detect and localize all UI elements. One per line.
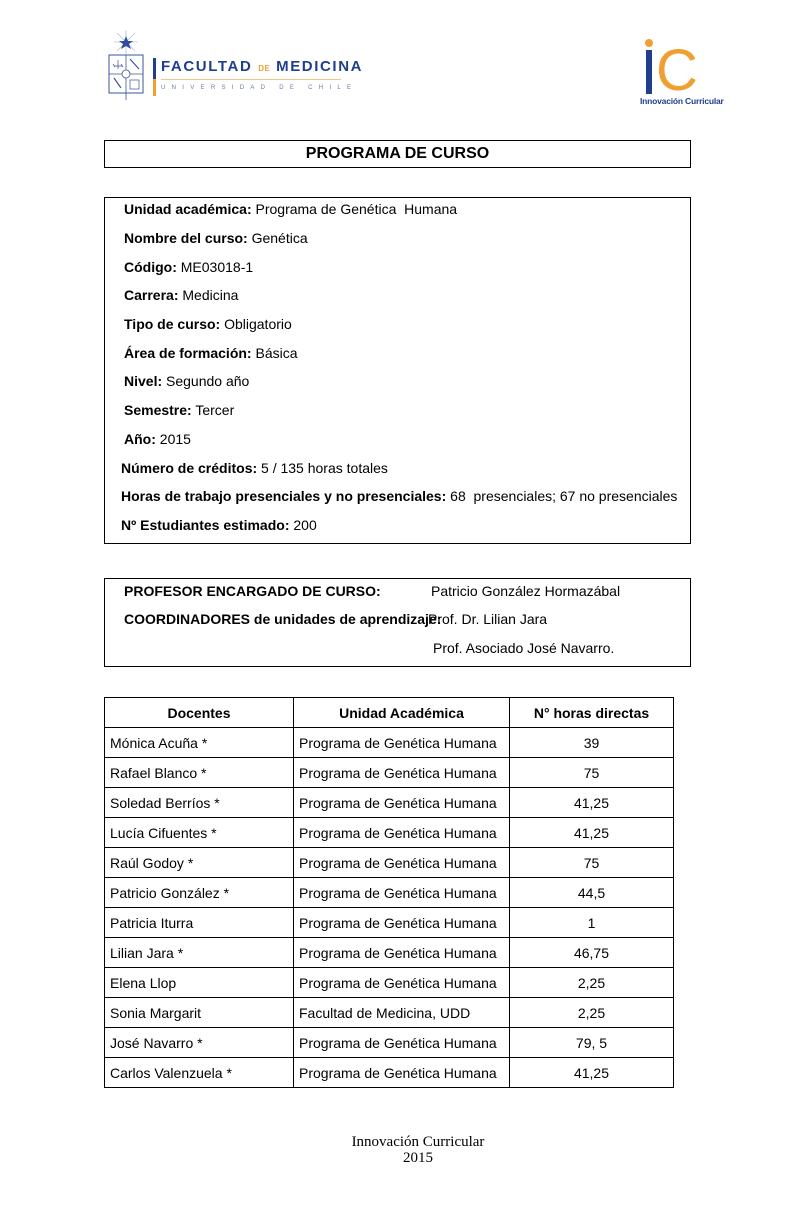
table-row: Sonia MargaritFacultad de Medicina, UDD2… [105,998,674,1028]
cell-docente: Sonia Margarit [105,998,294,1028]
info-semestre: Semestre: Tercer [124,402,234,418]
university-name: UNIVERSIDAD DE CHILE [161,85,357,91]
cell-horas: 2,25 [510,968,674,998]
table-row: José Navarro *Programa de Genética Human… [105,1028,674,1058]
info-codigo: Código: ME03018-1 [124,259,253,275]
cell-unidad: Programa de Genética Humana [294,938,510,968]
cell-docente: Rafael Blanco * [105,758,294,788]
cell-unidad: Programa de Genética Humana [294,728,510,758]
table-header-row: Docentes Unidad Académica N° horas direc… [105,698,674,728]
info-horas-trabajo: Horas de trabajo presenciales y no prese… [121,488,677,504]
cell-horas: 41,25 [510,818,674,848]
table-row: Elena LlopPrograma de Genética Humana2,2… [105,968,674,998]
footer-line-1: Innovación Curricular [0,1134,800,1150]
university-crest-icon [106,28,146,102]
profesor-encargado-value: Patricio González Hormazábal [431,583,620,599]
cell-docente: Carlos Valenzuela * [105,1058,294,1088]
cell-unidad: Programa de Genética Humana [294,1058,510,1088]
cell-unidad: Programa de Genética Humana [294,848,510,878]
info-carrera: Carrera: Medicina [124,287,238,303]
cell-docente: Lilian Jara * [105,938,294,968]
info-estudiantes: Nº Estudiantes estimado: 200 [121,517,317,533]
cell-unidad: Facultad de Medicina, UDD [294,998,510,1028]
coordinador-2: Prof. Asociado José Navarro. [433,640,614,656]
cell-docente: José Navarro * [105,1028,294,1058]
course-info-box: Unidad académica: Programa de Genética H… [104,197,691,544]
table-row: Lucía Cifuentes *Programa de Genética Hu… [105,818,674,848]
coordinador-1: Prof. Dr. Lilian Jara [428,611,547,627]
cell-horas: 1 [510,908,674,938]
cell-docente: Lucía Cifuentes * [105,818,294,848]
table-row: Lilian Jara *Programa de Genética Humana… [105,938,674,968]
column-header-horas: N° horas directas [510,698,674,728]
cell-unidad: Programa de Genética Humana [294,908,510,938]
cell-docente: Soledad Berríos * [105,788,294,818]
ic-logo-label: Innovación Curricular [640,96,724,106]
cell-docente: Elena Llop [105,968,294,998]
innovacion-curricular-logo: C Innovación Curricular [632,36,724,106]
cell-horas: 79, 5 [510,1028,674,1058]
teachers-table: Docentes Unidad Académica N° horas direc… [104,697,674,1088]
cell-docente: Mónica Acuña * [105,728,294,758]
info-anio: Año: 2015 [124,431,191,447]
cell-horas: 75 [510,758,674,788]
cell-unidad: Programa de Genética Humana [294,818,510,848]
coordinadores-label: COORDINADORES de unidades de aprendizaje… [124,611,441,627]
table-row: Patricio González *Programa de Genética … [105,878,674,908]
cell-horas: 2,25 [510,998,674,1028]
cell-unidad: Programa de Genética Humana [294,968,510,998]
page-footer: Innovación Curricular 2015 [0,1134,800,1166]
cell-horas: 75 [510,848,674,878]
info-unidad-academica: Unidad académica: Programa de Genética H… [124,201,457,217]
profesor-encargado-label: PROFESOR ENCARGADO DE CURSO: [124,583,381,599]
column-header-unidad: Unidad Académica [294,698,510,728]
cell-unidad: Programa de Genética Humana [294,758,510,788]
cell-unidad: Programa de Genética Humana [294,1028,510,1058]
ic-logo-c: C [656,42,698,100]
ic-logo-i-stem [646,50,652,94]
document-title-box: PROGRAMA DE CURSO [104,140,691,168]
cell-unidad: Programa de Genética Humana [294,788,510,818]
logo-divider-bar [153,58,156,96]
cell-horas: 46,75 [510,938,674,968]
professors-box: PROFESOR ENCARGADO DE CURSO: Patricio Go… [104,578,691,667]
table-row: Patricia IturraPrograma de Genética Huma… [105,908,674,938]
cell-horas: 41,25 [510,1058,674,1088]
ic-logo-dot [645,39,653,47]
footer-year: 2015 [0,1150,800,1166]
cell-unidad: Programa de Genética Humana [294,878,510,908]
table-row: Rafael Blanco *Programa de Genética Huma… [105,758,674,788]
page-title: PROGRAMA DE CURSO [306,145,489,163]
cell-horas: 41,25 [510,788,674,818]
table-row: Carlos Valenzuela *Programa de Genética … [105,1058,674,1088]
table-row: Mónica Acuña *Programa de Genética Human… [105,728,674,758]
logo-underline [161,79,341,80]
cell-docente: Patricio González * [105,878,294,908]
info-nombre-curso: Nombre del curso: Genética [124,230,308,246]
cell-docente: Raúl Godoy * [105,848,294,878]
cell-horas: 44,5 [510,878,674,908]
info-nivel: Nivel: Segundo año [124,373,249,389]
faculty-of-medicine-logo: FACULTAD DE MEDICINA UNIVERSIDAD DE CHIL… [104,28,349,102]
table-row: Raúl Godoy *Programa de Genética Humana7… [105,848,674,878]
info-tipo-curso: Tipo de curso: Obligatorio [124,316,292,332]
info-area-formacion: Área de formación: Básica [124,345,298,361]
cell-docente: Patricia Iturra [105,908,294,938]
cell-horas: 39 [510,728,674,758]
info-creditos: Número de créditos: 5 / 135 horas totale… [121,460,388,476]
faculty-name: FACULTAD DE MEDICINA [161,58,363,75]
column-header-docentes: Docentes [105,698,294,728]
table-row: Soledad Berríos *Programa de Genética Hu… [105,788,674,818]
